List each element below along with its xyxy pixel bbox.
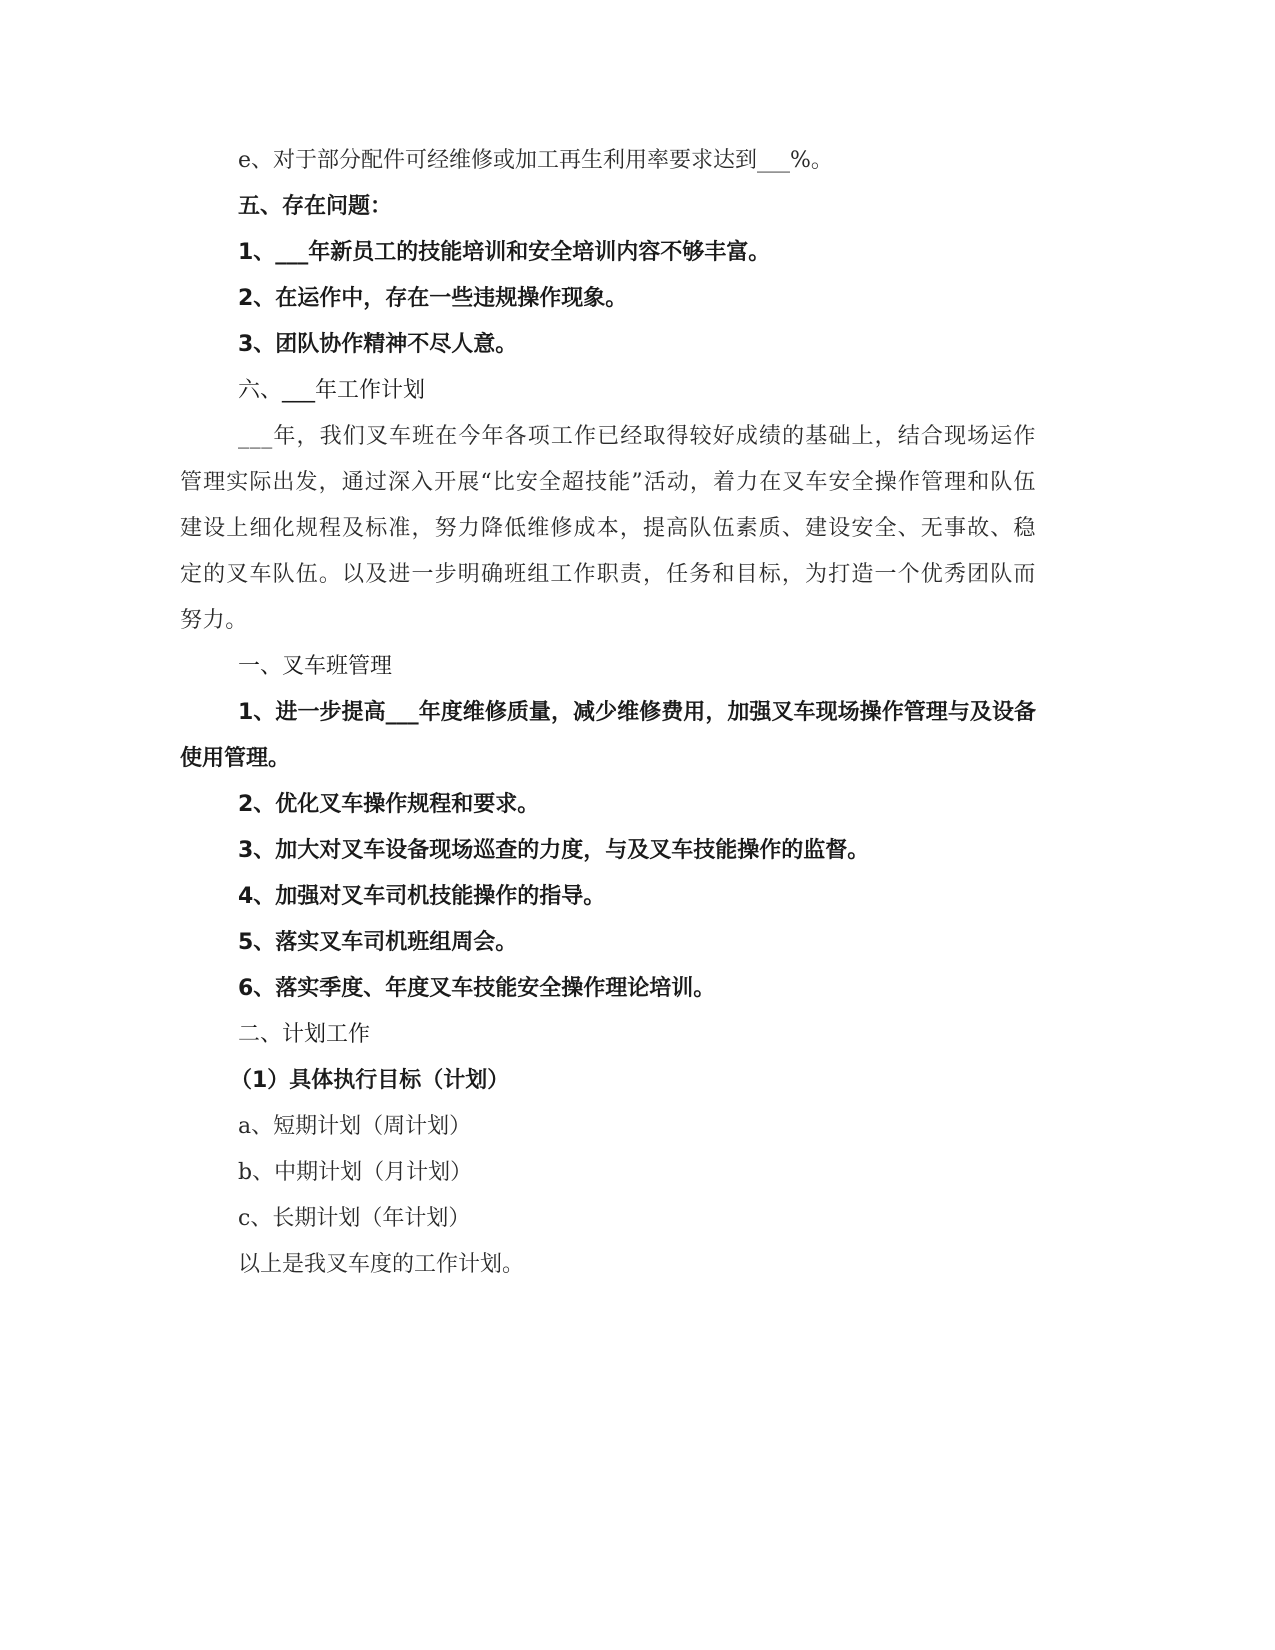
- part-heading-management: 一、叉车班管理: [180, 644, 1036, 690]
- part-heading-plan-work: 二、计划工作: [180, 1012, 1036, 1058]
- management-item: 3、加大对叉车设备现场巡查的力度，与及叉车技能操作的监督。: [180, 828, 1036, 874]
- problem-item: 3、团队协作精神不尽人意。: [180, 322, 1036, 368]
- management-item: 1、进一步提高___年度维修质量，减少维修费用，加强叉车现场操作管理与及设备使用…: [180, 690, 1036, 782]
- management-item: 4、加强对叉车司机技能操作的指导。: [180, 874, 1036, 920]
- management-item: 2、优化叉车操作规程和要求。: [180, 782, 1036, 828]
- management-item: 6、落实季度、年度叉车技能安全操作理论培训。: [180, 966, 1036, 1012]
- goals-heading: （1）具体执行目标（计划）: [180, 1058, 1036, 1104]
- plan-item-mid-term: b、中期计划（月计划）: [180, 1150, 1036, 1196]
- management-item: 5、落实叉车司机班组周会。: [180, 920, 1036, 966]
- problem-item: 1、___年新员工的技能培训和安全培训内容不够丰富。: [180, 230, 1036, 276]
- intro-paragraph: ___年，我们叉车班在今年各项工作已经取得较好成绩的基础上，结合现场运作管理实际…: [180, 414, 1036, 644]
- document-page: e、对于部分配件可经维修或加工再生利用率要求达到___%。 五、存在问题： 1、…: [180, 138, 1036, 1288]
- plan-item-short-term: a、短期计划（周计划）: [180, 1104, 1036, 1150]
- closing-line: 以上是我叉车度的工作计划。: [180, 1242, 1036, 1288]
- section-heading-problems: 五、存在问题：: [180, 184, 1036, 230]
- problem-item: 2、在运作中，存在一些违规操作现象。: [180, 276, 1036, 322]
- section-heading-work-plan: 六、___年工作计划: [180, 368, 1036, 414]
- plan-item-long-term: c、长期计划（年计划）: [180, 1196, 1036, 1242]
- reuse-rate-line: e、对于部分配件可经维修或加工再生利用率要求达到___%。: [180, 138, 1036, 184]
